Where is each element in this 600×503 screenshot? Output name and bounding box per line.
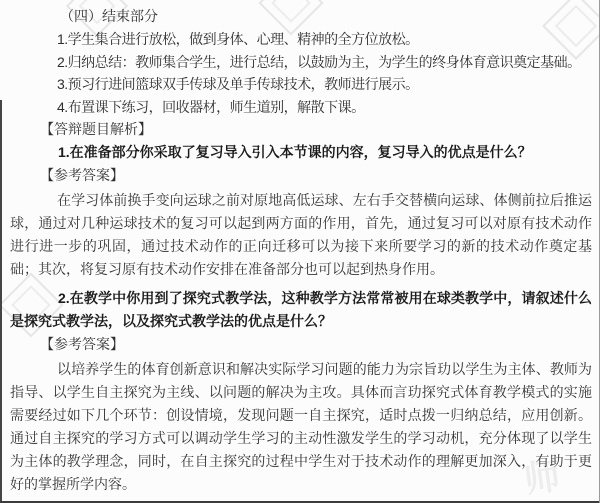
list-item: 2.归纳总结：教师集合学生，进行总结，以鼓励为主，为学生的终身体育意识奠定基础。 bbox=[57, 51, 592, 74]
answer-paragraph-1: 在学习体前换手变向运球之前对原地高低运球、左右手交替横向运球、体侧前拉后推运球，… bbox=[10, 189, 592, 281]
ending-part-list: 1.学生集合进行放松，做到身体、心理、精神的全方位放松。 2.归纳总结：教师集合… bbox=[10, 28, 592, 118]
list-item: 3.预习行进间篮球双手传球及单手传球技术，教师进行展示。 bbox=[57, 73, 592, 96]
document-page: 师 （四）结束部分 1.学生集合进行放松，做到身体、心理、精神的全方位放松。 2… bbox=[0, 0, 600, 503]
document-content: （四）结束部分 1.学生集合进行放松，做到身体、心理、精神的全方位放松。 2.归… bbox=[0, 0, 600, 496]
reference-answer-label: 【参考答案】 bbox=[40, 333, 592, 356]
reference-answer-label: 【参考答案】 bbox=[40, 164, 592, 187]
defense-section-header: 【答辩题目解析】 bbox=[40, 118, 592, 141]
list-item: 1.学生集合进行放松，做到身体、心理、精神的全方位放松。 bbox=[57, 28, 592, 51]
question-2: 2.在教学中你用到了探究式教学法，这种教学方法常常被用在球类教学中，请叙述什么是… bbox=[10, 287, 592, 333]
list-item: 4.布置课下练习，回收器材，师生道别，解散下课。 bbox=[57, 96, 592, 119]
page-left-border bbox=[0, 100, 2, 503]
question-1: 1.在准备部分你采取了复习导入引入本节课的内容，复习导入的优点是什么？ bbox=[10, 141, 592, 164]
answer-paragraph-2: 以培养学生的体育创新意识和解决实际学习问题的能力为宗旨玏以学生为主体、教师为指导… bbox=[10, 358, 592, 496]
section-heading: （四）结束部分 bbox=[60, 5, 592, 28]
